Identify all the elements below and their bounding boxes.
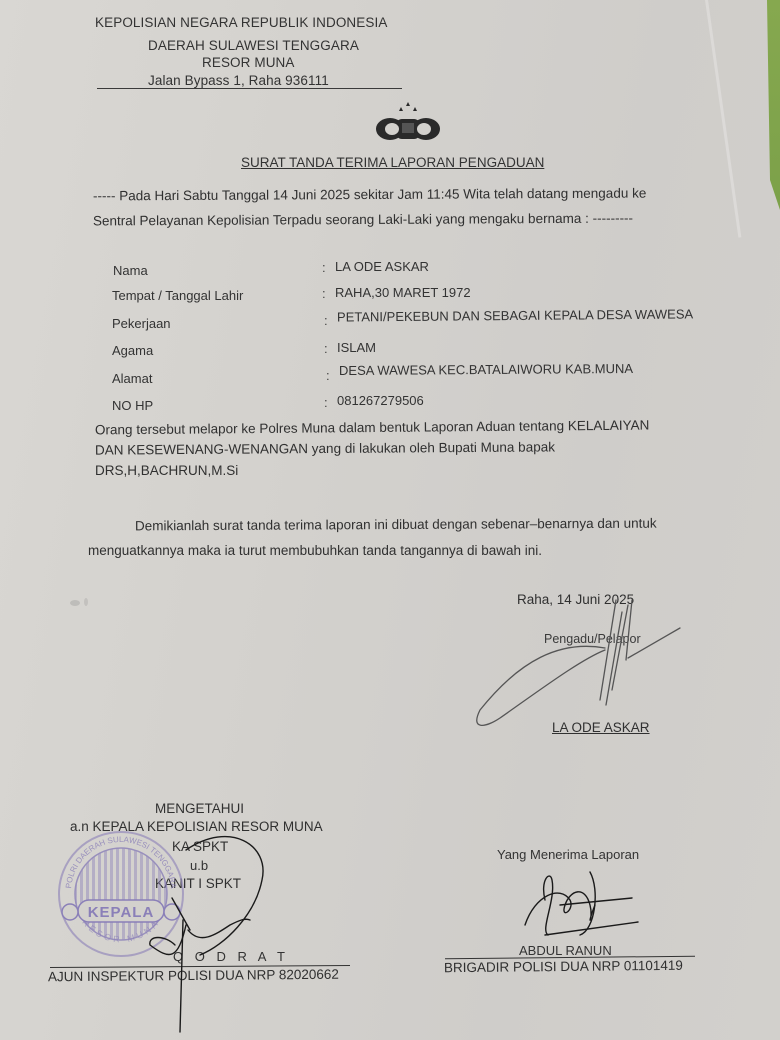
identity-value-occupation: PETANI/PEKEBUN DAN SEBAGAI KEPALA DESA W… [337, 306, 693, 324]
letterhead-divider [97, 88, 402, 89]
acknowledger-name: Q O D R A T [173, 949, 289, 964]
identity-label-phone: NO HP [112, 398, 153, 413]
identity-value-birth: RAHA,30 MARET 1972 [335, 285, 471, 300]
document-page: KEPOLISIAN NEGARA REPUBLIK INDONESIA DAE… [0, 0, 780, 1040]
identity-colon: : [326, 368, 330, 383]
paper-smudge [70, 600, 80, 606]
stamp-left-emblem-icon [62, 904, 78, 920]
letterhead-resort: RESOR MUNA [202, 55, 295, 70]
identity-label-religion: Agama [112, 343, 153, 358]
police-emblem-icon [372, 100, 444, 144]
report-line-1: Orang tersebut melapor ke Polres Muna da… [95, 418, 649, 438]
identity-label-address: Alamat [112, 371, 152, 386]
intro-line-1: ----- Pada Hari Sabtu Tanggal 14 Juni 20… [93, 186, 646, 204]
identity-value-phone: 081267279506 [337, 393, 424, 408]
identity-colon: : [324, 395, 328, 410]
letterhead-address: Jalan Bypass 1, Raha 936111 [148, 73, 329, 88]
identity-label-name: Nama [113, 263, 148, 278]
stamp-center-text: KEPALA [88, 904, 155, 921]
closing-line-2: menguatkannya maka ia turut membubuhkan … [88, 543, 542, 558]
closing-line-1: Demikianlah surat tanda terima laporan i… [135, 516, 657, 534]
stamp-right-emblem-icon [164, 904, 180, 920]
identity-value-religion: ISLAM [337, 340, 376, 355]
identity-colon: : [324, 313, 328, 328]
complainant-place-date: Raha, 14 Juni 2025 [517, 592, 634, 607]
identity-label-occupation: Pekerjaan [112, 316, 171, 331]
receiver-heading: Yang Menerima Laporan [497, 847, 639, 862]
complainant-name: LA ODE ASKAR [552, 720, 650, 735]
official-stamp: POLRI DAERAH SULAWESI TENGGARA RESOR MUN… [56, 822, 186, 962]
identity-colon: : [324, 341, 328, 356]
acknowledger-rank: AJUN INSPEKTUR POLISI DUA NRP 82020662 [48, 967, 339, 985]
complainant-role: Pengadu/Pelapor [544, 632, 641, 646]
identity-colon: : [322, 260, 326, 275]
identity-value-name: LA ODE ASKAR [335, 259, 429, 274]
document-title: SURAT TANDA TERIMA LAPORAN PENGADUAN [241, 155, 544, 170]
acknowledger-heading: MENGETAHUI [155, 801, 244, 816]
receiver-rank: BRIGADIR POLISI DUA NRP 01101419 [444, 958, 683, 976]
identity-label-birth: Tempat / Tanggal Lahir [112, 288, 243, 303]
report-line-2: DAN KESEWENANG-WENANGAN yang di lakukan … [95, 439, 555, 457]
complainant-signature [477, 600, 680, 725]
letterhead-institution: KEPOLISIAN NEGARA REPUBLIK INDONESIA [95, 15, 387, 30]
identity-colon: : [322, 286, 326, 301]
intro-line-2: Sentral Pelayanan Kepolisian Terpadu seo… [93, 211, 633, 229]
report-line-3: DRS,H,BACHRUN,M.Si [95, 463, 238, 478]
identity-value-address: DESA WAWESA KEC.BATALAIWORU KAB.MUNA [339, 361, 633, 378]
acknowledger-ub: u.b [190, 858, 208, 873]
letterhead-region: DAERAH SULAWESI TENGGARA [148, 38, 359, 53]
receiver-signature [525, 872, 638, 935]
paper-smudge [84, 598, 88, 606]
